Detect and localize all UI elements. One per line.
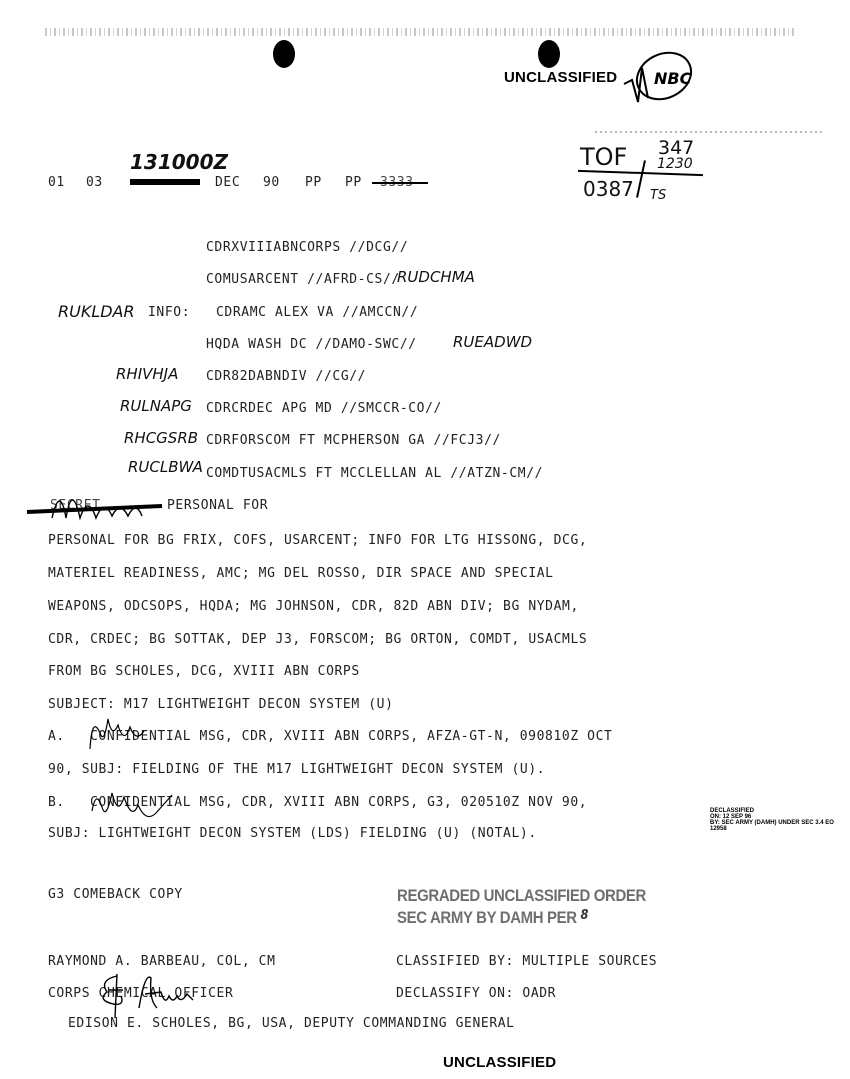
regraded-stamp-text: SEC ARMY BY DAMH PER bbox=[397, 908, 577, 927]
dtg-handwritten: 131000Z bbox=[130, 150, 228, 174]
routing-code-handwritten: RHIVHJA bbox=[116, 365, 178, 383]
regraded-stamp-line-1: REGRADED UNCLASSIFIED ORDER bbox=[397, 886, 646, 906]
routing-prefix-2: 03 bbox=[86, 175, 103, 191]
initials-mark: NBC bbox=[618, 50, 696, 110]
svg-text:NBC: NBC bbox=[654, 69, 692, 88]
regraded-stamp-line-2: SEC ARMY BY DAMH PER 8 bbox=[397, 908, 646, 928]
tof-number-2: 1230 bbox=[657, 156, 693, 172]
scribble-icon bbox=[86, 787, 176, 825]
scan-noise-band bbox=[45, 28, 795, 36]
routing-year: 90 bbox=[263, 175, 280, 191]
personal-for-header: PERSONAL FOR bbox=[167, 498, 268, 514]
cross-out-scribble bbox=[22, 488, 167, 524]
classified-by: CLASSIFIED BY: MULTIPLE SOURCES bbox=[396, 954, 657, 970]
to-addressee-2: COMUSARCENT //AFRD-CS// bbox=[206, 272, 400, 288]
subject-line: SUBJECT: M17 LIGHTWEIGHT DECON SYSTEM (U… bbox=[48, 697, 394, 713]
punch-hole-right bbox=[538, 40, 560, 68]
body-line: CDR, CRDEC; BG SOTTAK, DEP J3, FORSCOM; … bbox=[48, 632, 587, 648]
declassified-eo: 12958 bbox=[710, 826, 834, 832]
reference-text: 90, SUBJ: FIELDING OF THE M17 LIGHTWEIGH… bbox=[48, 762, 545, 778]
tof-divider bbox=[636, 160, 646, 198]
releaser-line: EDISON E. SCHOLES, BG, USA, DEPUTY COMMA… bbox=[68, 1016, 515, 1032]
info-addressee-5: CDRFORSCOM FT MCPHERSON GA //FCJ3// bbox=[206, 433, 501, 449]
routing-prefix-1: 01 bbox=[48, 175, 65, 191]
info-addressee-4: CDRCRDEC APG MD //SMCCR-CO// bbox=[206, 401, 442, 417]
tof-initials: TS bbox=[650, 188, 666, 203]
routing-precedence-1: PP bbox=[305, 175, 322, 191]
initial-scribble bbox=[82, 715, 152, 751]
routing-code-handwritten: RULNAPG bbox=[120, 397, 192, 415]
info-addressee-2: HQDA WASH DC //DAMO-SWC// bbox=[206, 337, 417, 353]
reference-label: B. bbox=[48, 795, 65, 811]
info-label: INFO: bbox=[148, 305, 190, 321]
strike-line bbox=[372, 182, 428, 184]
reference-text: SUBJ: LIGHTWEIGHT DECON SYSTEM (LDS) FIE… bbox=[48, 826, 537, 842]
scan-noise-line bbox=[595, 131, 825, 133]
declassified-authority: BY: SEC ARMY (DAMH) UNDER SEC 3.4 EO bbox=[710, 820, 834, 826]
initials-scribble-icon: NBC bbox=[618, 50, 696, 110]
declassified-stamp: DECLASSIFIED ON: 12 SEP 96 BY: SEC ARMY … bbox=[710, 808, 834, 832]
signature-scribble-icon bbox=[95, 970, 195, 1018]
info-addressee-3: CDR82DABNDIV //CG// bbox=[206, 369, 366, 385]
routing-code-handwritten: RHCGSRB bbox=[124, 429, 198, 447]
initial-scribble bbox=[86, 787, 176, 825]
signature bbox=[95, 970, 195, 1018]
body-line: MATERIEL READINESS, AMC; MG DEL ROSSO, D… bbox=[48, 566, 554, 582]
routing-precedence-2: PP bbox=[345, 175, 362, 191]
reference-label: A. bbox=[48, 729, 65, 745]
classification-top: UNCLASSIFIED bbox=[504, 69, 617, 86]
drafter-name: RAYMOND A. BARBEAU, COL, CM bbox=[48, 954, 276, 970]
scribble-icon bbox=[22, 488, 167, 524]
regraded-stamp: REGRADED UNCLASSIFIED ORDER SEC ARMY BY … bbox=[397, 886, 680, 928]
body-line: WEAPONS, ODCSOPS, HQDA; MG JOHNSON, CDR,… bbox=[48, 599, 579, 615]
tof-number-3: 0387 bbox=[583, 177, 634, 201]
comeback-copy-label: G3 COMEBACK COPY bbox=[48, 887, 183, 903]
declassify-on: DECLASSIFY ON: OADR bbox=[396, 986, 556, 1002]
scribble-icon bbox=[82, 715, 152, 751]
punch-hole-left bbox=[273, 40, 295, 68]
body-line: PERSONAL FOR BG FRIX, COFS, USARCENT; IN… bbox=[48, 533, 587, 549]
reference-text: CONFIDENTIAL MSG, CDR, XVIII ABN CORPS, … bbox=[90, 729, 612, 745]
routing-code-handwritten: RUEADWD bbox=[453, 333, 532, 351]
routing-code-handwritten: RUDCHMA bbox=[397, 268, 475, 286]
regraded-stamp-mark: 8 bbox=[581, 908, 589, 923]
routing-code-handwritten: RUCLBWA bbox=[128, 458, 203, 476]
from-line: FROM BG SCHOLES, DCG, XVIII ABN CORPS bbox=[48, 664, 360, 680]
tof-label: TOF bbox=[580, 143, 627, 171]
info-addressee-1: CDRAMC ALEX VA //AMCCN// bbox=[216, 305, 418, 321]
redaction-bar bbox=[130, 179, 200, 185]
to-addressee-1: CDRXVIIIABNCORPS //DCG// bbox=[206, 240, 408, 256]
info-addressee-6: COMDTUSACMLS FT MCCLELLAN AL //ATZN-CM// bbox=[206, 466, 543, 482]
info-routing-code-handwritten: RUKLDAR bbox=[58, 302, 135, 321]
classification-bottom: UNCLASSIFIED bbox=[443, 1054, 556, 1071]
routing-month: DEC bbox=[215, 175, 240, 191]
